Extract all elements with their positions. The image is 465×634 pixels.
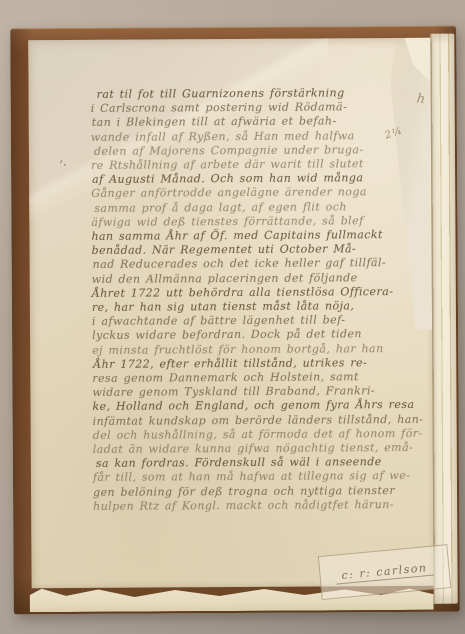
photo-backdrop: ’· h 2¼ rat til fot till Guarnizonens fö… xyxy=(0,0,465,634)
manuscript-line: Åhret 1722 utt behördra alla tienstlösa … xyxy=(92,285,428,301)
name-slip-text: c: r: carlson xyxy=(335,560,434,584)
margin-ink-mark: ’· xyxy=(59,158,67,172)
page-fore-edge-stack xyxy=(430,34,457,604)
manuscript-line: han samma Åhr af Öf. med Capitains fullm… xyxy=(91,228,427,244)
book-leather-cover: ’· h 2¼ rat til fot till Guarnizonens fö… xyxy=(10,26,460,615)
manuscript-page: ’· h 2¼ rat til fot till Guarnizonens fö… xyxy=(28,38,433,588)
manuscript-line: hulpen Rtz af Kongl. mackt och nådigtfet… xyxy=(93,498,429,514)
manuscript-line: nad Reducerades och det icke heller gaf … xyxy=(93,256,428,272)
top-right-page-sliver xyxy=(404,38,430,82)
manuscript-line: ke, Holland och England, och genom fyra … xyxy=(92,398,428,414)
manuscript-text: rat til fot till Guarnizonens förstärkni… xyxy=(91,86,430,514)
manuscript-line: ej minsta fruchtlöst för honom bortgå, h… xyxy=(92,341,428,357)
